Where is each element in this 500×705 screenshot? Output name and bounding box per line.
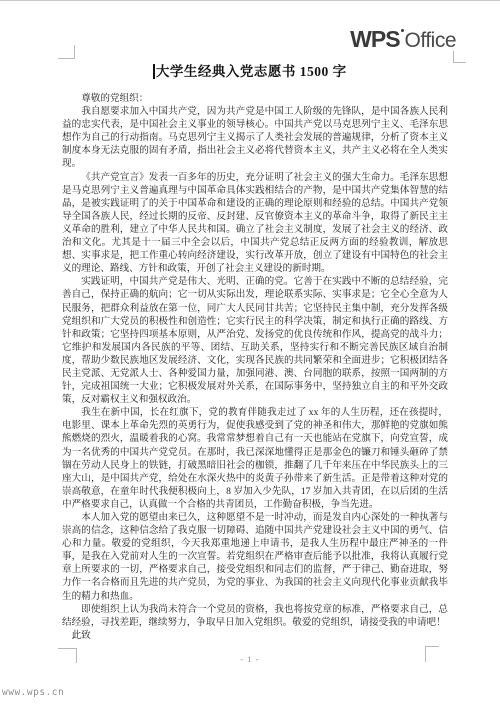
text-cursor [153, 64, 155, 79]
document-page[interactable]: WPSOffice 大学生经典入党志愿书 1500 字 尊敬的党组织：我自愿要求… [0, 0, 500, 705]
document-title-text: 大学生经典入党志愿书 1500 字 [156, 64, 347, 79]
margin-crop-mark-top-left [58, 45, 75, 59]
paragraph[interactable]: 我生在新中国，长在红旗下，党的教育伴随我走过了 xx 年的人生历程，还在孩提时，… [62, 406, 448, 511]
site-watermark: www.wps.cn [2, 687, 64, 698]
paragraph[interactable]: 我自愿要求加入中国共产党，因为共产党是中国工人阶级的先锋队，是中国各族人民利益的… [62, 105, 448, 170]
office-logo-text: Office [405, 29, 456, 52]
paragraph[interactable]: 实践证明，中国共产党是伟大、光明、正确的党。它善于在实践中不断的总结经验，完善自… [62, 275, 448, 406]
paragraph[interactable]: 此致 [62, 629, 448, 642]
paragraph[interactable]: 尊敬的党组织： [62, 92, 448, 105]
paragraph[interactable]: 本人加入党的愿望由来已久，这种愿望不是一时冲动，而是发自内心深处的一种执著与崇高… [62, 511, 448, 603]
paragraph[interactable]: 《共产党宣言》发表一百多年的历史，充分证明了社会主义的强大生命力。毛泽东思想是马… [62, 171, 448, 276]
body-text[interactable]: 尊敬的党组织：我自愿要求加入中国共产党，因为共产党是中国工人阶级的先锋队，是中国… [62, 92, 448, 642]
wps-office-logo: WPSOffice [350, 28, 456, 51]
document-title[interactable]: 大学生经典入党志愿书 1500 字 [0, 60, 500, 80]
wps-logo-text: WPS [350, 26, 399, 52]
registered-mark-dot [401, 29, 404, 32]
paragraph[interactable]: 即使组织上认为我尚未符合一个党员的资格，我也将按党章的标准，严格要求自己，总结经… [62, 603, 448, 629]
page-number: - 1 - [0, 654, 500, 664]
